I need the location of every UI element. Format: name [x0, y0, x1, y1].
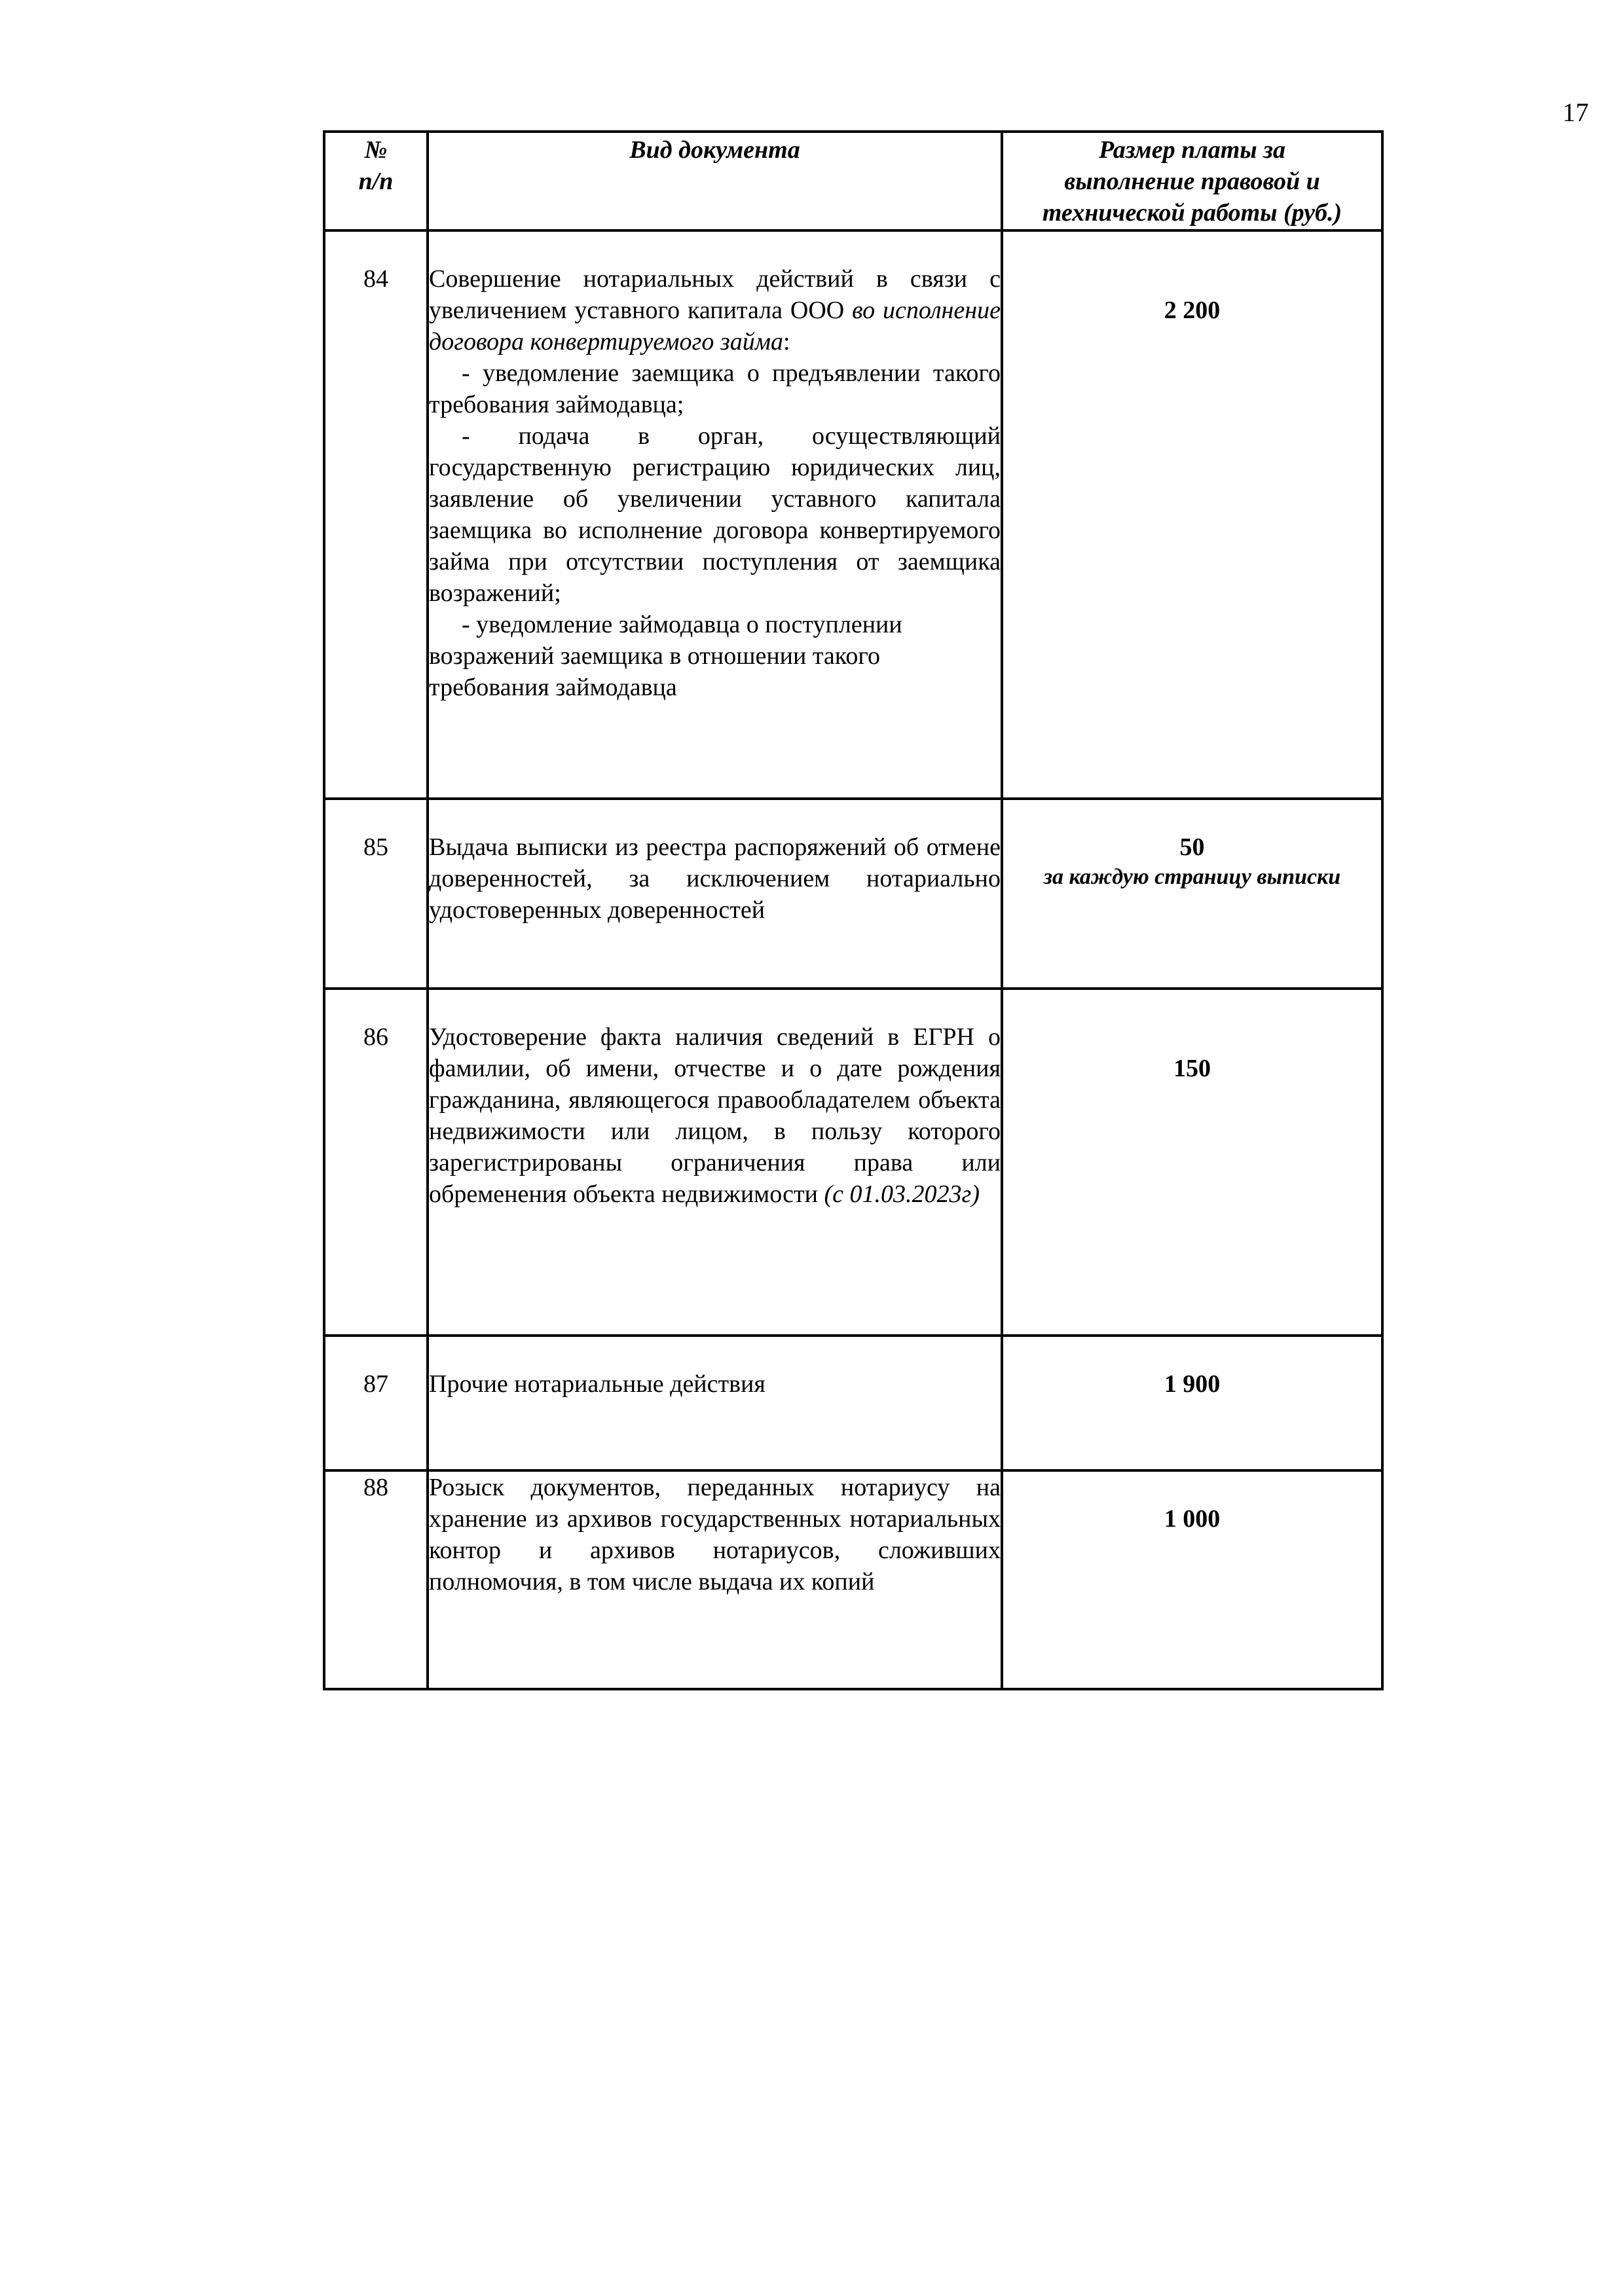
row-description: Прочие нотариальные действия — [428, 1336, 1002, 1470]
row-description: Удостоверение факта наличия сведений в Е… — [428, 989, 1002, 1336]
fee-value: 150 — [1003, 1053, 1381, 1084]
row-number: 85 — [324, 799, 428, 989]
desc-date-note: (с 01.03.2023г) — [824, 1180, 980, 1208]
table-row: 88 Розыск документов, переданных нотариу… — [324, 1470, 1382, 1689]
table-row: 86 Удостоверение факта наличия сведений … — [324, 989, 1382, 1336]
fee-value: 2 200 — [1003, 295, 1381, 326]
row-fee: 1 000 — [1002, 1470, 1382, 1689]
row-fee: 1 900 — [1002, 1336, 1382, 1470]
fee-value: 50 — [1003, 831, 1381, 863]
row-fee: 2 200 — [1002, 230, 1382, 799]
fee-note: за каждую страницу выписки — [1003, 863, 1381, 892]
header-number: № п/п — [324, 132, 428, 230]
row-number: 86 — [324, 989, 428, 1336]
header-fee: Размер платы за выполнение правовой и те… — [1002, 132, 1382, 230]
row-description: Совершение нотариальных действий в связи… — [428, 230, 1002, 799]
page-number: 17 — [1562, 100, 1589, 126]
header-number-symbol: № — [325, 134, 426, 166]
header-number-pp: п/п — [325, 166, 426, 197]
table-row: 87 Прочие нотариальные действия 1 900 — [324, 1336, 1382, 1470]
row-number: 84 — [324, 230, 428, 799]
row-number: 87 — [324, 1336, 428, 1470]
fee-value: 1 000 — [1003, 1503, 1381, 1535]
row-description: Розыск документов, переданных нотариусу … — [428, 1470, 1002, 1689]
row-number: 88 — [324, 1470, 428, 1689]
desc-list-item: - уведомление заемщика о предъявлении та… — [429, 359, 1001, 418]
header-doc-type: Вид документа — [428, 132, 1002, 230]
row-description: Выдача выписки из реестра распоряжений о… — [428, 799, 1002, 989]
table-row: 85 Выдача выписки из реестра распоряжени… — [324, 799, 1382, 989]
desc-list-item: - уведомление займодавца о поступлении в… — [429, 611, 902, 701]
desc-list-item: - подача в орган, осуществляющий государ… — [429, 422, 1001, 607]
header-fee-line1: Размер платы за — [1003, 134, 1381, 166]
desc-colon: : — [783, 328, 790, 355]
table-row: 84 Совершение нотариальных действий в св… — [324, 230, 1382, 799]
fee-table: № п/п Вид документа Размер платы за выпо… — [323, 130, 1384, 1690]
row-fee: 50 за каждую страницу выписки — [1002, 799, 1382, 989]
row-fee: 150 — [1002, 989, 1382, 1336]
header-fee-line2: выполнение правовой и — [1003, 166, 1381, 197]
header-fee-line3: технической работы (руб.) — [1003, 197, 1381, 228]
table-header-row: № п/п Вид документа Размер платы за выпо… — [324, 132, 1382, 230]
fee-value: 1 900 — [1003, 1368, 1381, 1400]
